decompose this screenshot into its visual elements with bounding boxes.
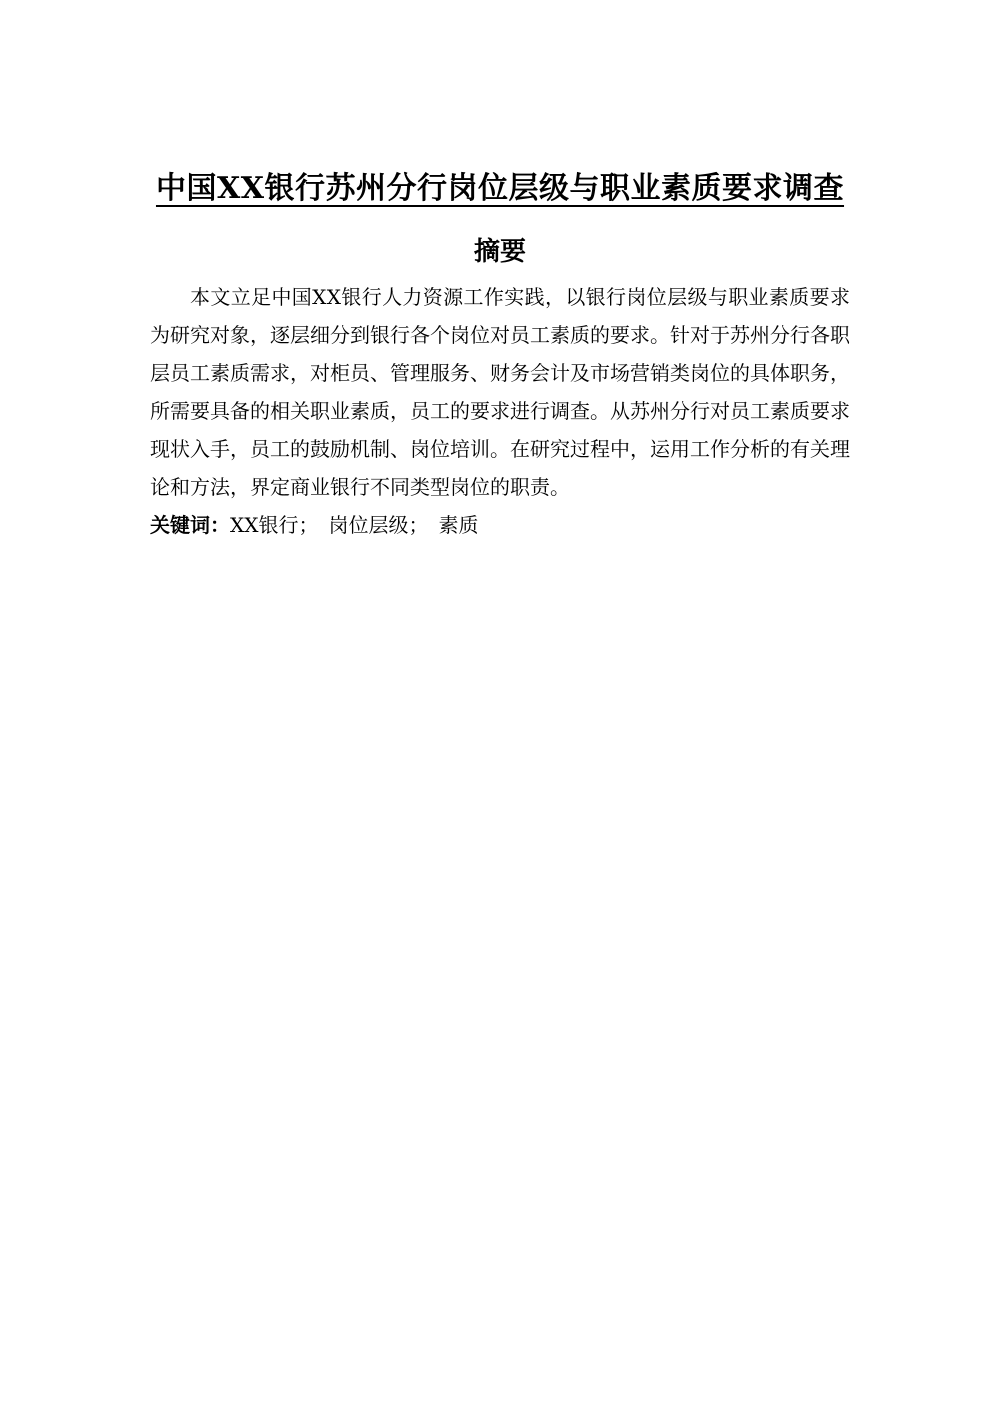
- document-content: 中国ⅩⅩ银行苏州分行岗位层级与职业素质要求调查 摘要 本文立足中国ⅩⅩ银行人力资…: [150, 168, 850, 545]
- abstract-heading: 摘要: [150, 236, 850, 266]
- keywords-line: 关键词：ⅩⅩ银行； 岗位层级； 素质: [150, 507, 850, 545]
- document-page: 中国ⅩⅩ银行苏州分行岗位层级与职业素质要求调查 摘要 本文立足中国ⅩⅩ银行人力资…: [0, 0, 993, 1404]
- abstract-paragraph: 本文立足中国ⅩⅩ银行人力资源工作实践，以银行岗位层级与职业素质要求为研究对象，逐…: [150, 279, 850, 507]
- keywords-value: ⅩⅩ银行； 岗位层级； 素质: [230, 515, 478, 537]
- document-title: 中国ⅩⅩ银行苏州分行岗位层级与职业素质要求调查: [150, 168, 850, 210]
- keywords-label: 关键词：: [150, 515, 230, 537]
